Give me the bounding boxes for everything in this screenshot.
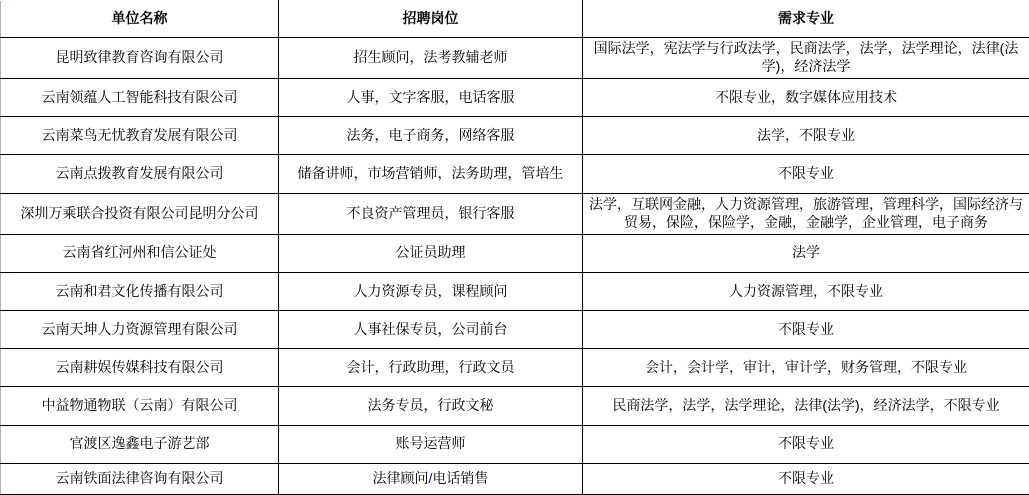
table-row: 昆明致律教育咨询有限公司 招生顾问，法考教辅老师 国际法学，宪法学与行政法学，民… [1, 38, 1029, 79]
positions-cell: 人事社保专员，公司前台 [279, 311, 583, 349]
company-cell: 云南和君文化传播有限公司 [1, 272, 279, 310]
company-cell: 云南省红河州和信公证处 [1, 234, 279, 272]
table-row: 中益物通物联（云南）有限公司 法务专员，行政文秘 民商法学，法学，法学理论，法律… [1, 387, 1029, 425]
majors-cell: 人力资源管理，不限专业 [583, 272, 1029, 310]
positions-cell: 公证员助理 [279, 234, 583, 272]
header-position: 招聘岗位 [279, 1, 583, 38]
company-cell: 云南点拨教育发展有限公司 [1, 155, 279, 193]
positions-cell: 账号运营师 [279, 425, 583, 463]
company-cell: 昆明致律教育咨询有限公司 [1, 38, 279, 79]
positions-cell: 会计，行政助理，行政文员 [279, 349, 583, 387]
positions-cell: 招生顾问，法考教辅老师 [279, 38, 583, 79]
header-major: 需求专业 [583, 1, 1029, 38]
table-row: 官渡区逸鑫电子游艺部 账号运营师 不限专业 [1, 425, 1029, 463]
company-cell: 云南领蕴人工智能科技有限公司 [1, 79, 279, 117]
majors-cell: 会计，会计学，审计，审计学，财务管理，不限专业 [583, 349, 1029, 387]
table-row: 云南省红河州和信公证处 公证员助理 法学 [1, 234, 1029, 272]
positions-cell: 人力资源专员，课程顾问 [279, 272, 583, 310]
majors-cell: 法学，互联网金融，人力资源管理，旅游管理，管理科学，国际经济与贸易，保险，保险学… [583, 193, 1029, 234]
majors-cell: 不限专业 [583, 425, 1029, 463]
positions-cell: 法务，电子商务，网络客服 [279, 117, 583, 155]
majors-cell: 不限专业 [583, 463, 1029, 494]
majors-cell: 法学，不限专业 [583, 117, 1029, 155]
company-cell: 云南耕娱传媒科技有限公司 [1, 349, 279, 387]
positions-cell: 储备讲师，市场营销师，法务助理，管培生 [279, 155, 583, 193]
company-cell: 官渡区逸鑫电子游艺部 [1, 425, 279, 463]
majors-cell: 民商法学，法学，法学理论，法律(法学)，经济法学，不限专业 [583, 387, 1029, 425]
table-row: 云南领蕴人工智能科技有限公司 人事，文字客服，电话客服 不限专业，数字媒体应用技… [1, 79, 1029, 117]
recruitment-table: 单位名称 招聘岗位 需求专业 昆明致律教育咨询有限公司 招生顾问，法考教辅老师 … [0, 0, 1029, 495]
recruitment-table-page: 单位名称 招聘岗位 需求专业 昆明致律教育咨询有限公司 招生顾问，法考教辅老师 … [0, 0, 1029, 495]
header-row: 单位名称 招聘岗位 需求专业 [1, 1, 1029, 38]
table-row: 深圳万乘联合投资有限公司昆明分公司 不良资产管理员，银行客服 法学，互联网金融，… [1, 193, 1029, 234]
majors-cell: 不限专业 [583, 311, 1029, 349]
company-cell: 云南菜鸟无忧教育发展有限公司 [1, 117, 279, 155]
table-row: 云南天坤人力资源管理有限公司 人事社保专员，公司前台 不限专业 [1, 311, 1029, 349]
majors-cell: 不限专业 [583, 155, 1029, 193]
table-row: 云南耕娱传媒科技有限公司 会计，行政助理，行政文员 会计，会计学，审计，审计学，… [1, 349, 1029, 387]
company-cell: 中益物通物联（云南）有限公司 [1, 387, 279, 425]
table-row: 云南点拨教育发展有限公司 储备讲师，市场营销师，法务助理，管培生 不限专业 [1, 155, 1029, 193]
positions-cell: 法务专员，行政文秘 [279, 387, 583, 425]
table-header: 单位名称 招聘岗位 需求专业 [1, 1, 1029, 38]
table-row: 云南铁面法律咨询有限公司 法律顾问/电话销售 不限专业 [1, 463, 1029, 494]
majors-cell: 不限专业，数字媒体应用技术 [583, 79, 1029, 117]
majors-cell: 国际法学，宪法学与行政法学，民商法学，法学，法学理论，法律(法学)，经济法学 [583, 38, 1029, 79]
company-cell: 云南天坤人力资源管理有限公司 [1, 311, 279, 349]
header-company: 单位名称 [1, 1, 279, 38]
positions-cell: 不良资产管理员，银行客服 [279, 193, 583, 234]
company-cell: 云南铁面法律咨询有限公司 [1, 463, 279, 494]
positions-cell: 人事，文字客服，电话客服 [279, 79, 583, 117]
majors-cell: 法学 [583, 234, 1029, 272]
company-cell: 深圳万乘联合投资有限公司昆明分公司 [1, 193, 279, 234]
table-row: 云南菜鸟无忧教育发展有限公司 法务，电子商务，网络客服 法学，不限专业 [1, 117, 1029, 155]
table-body: 昆明致律教育咨询有限公司 招生顾问，法考教辅老师 国际法学，宪法学与行政法学，民… [1, 38, 1029, 495]
table-row: 云南和君文化传播有限公司 人力资源专员，课程顾问 人力资源管理，不限专业 [1, 272, 1029, 310]
positions-cell: 法律顾问/电话销售 [279, 463, 583, 494]
